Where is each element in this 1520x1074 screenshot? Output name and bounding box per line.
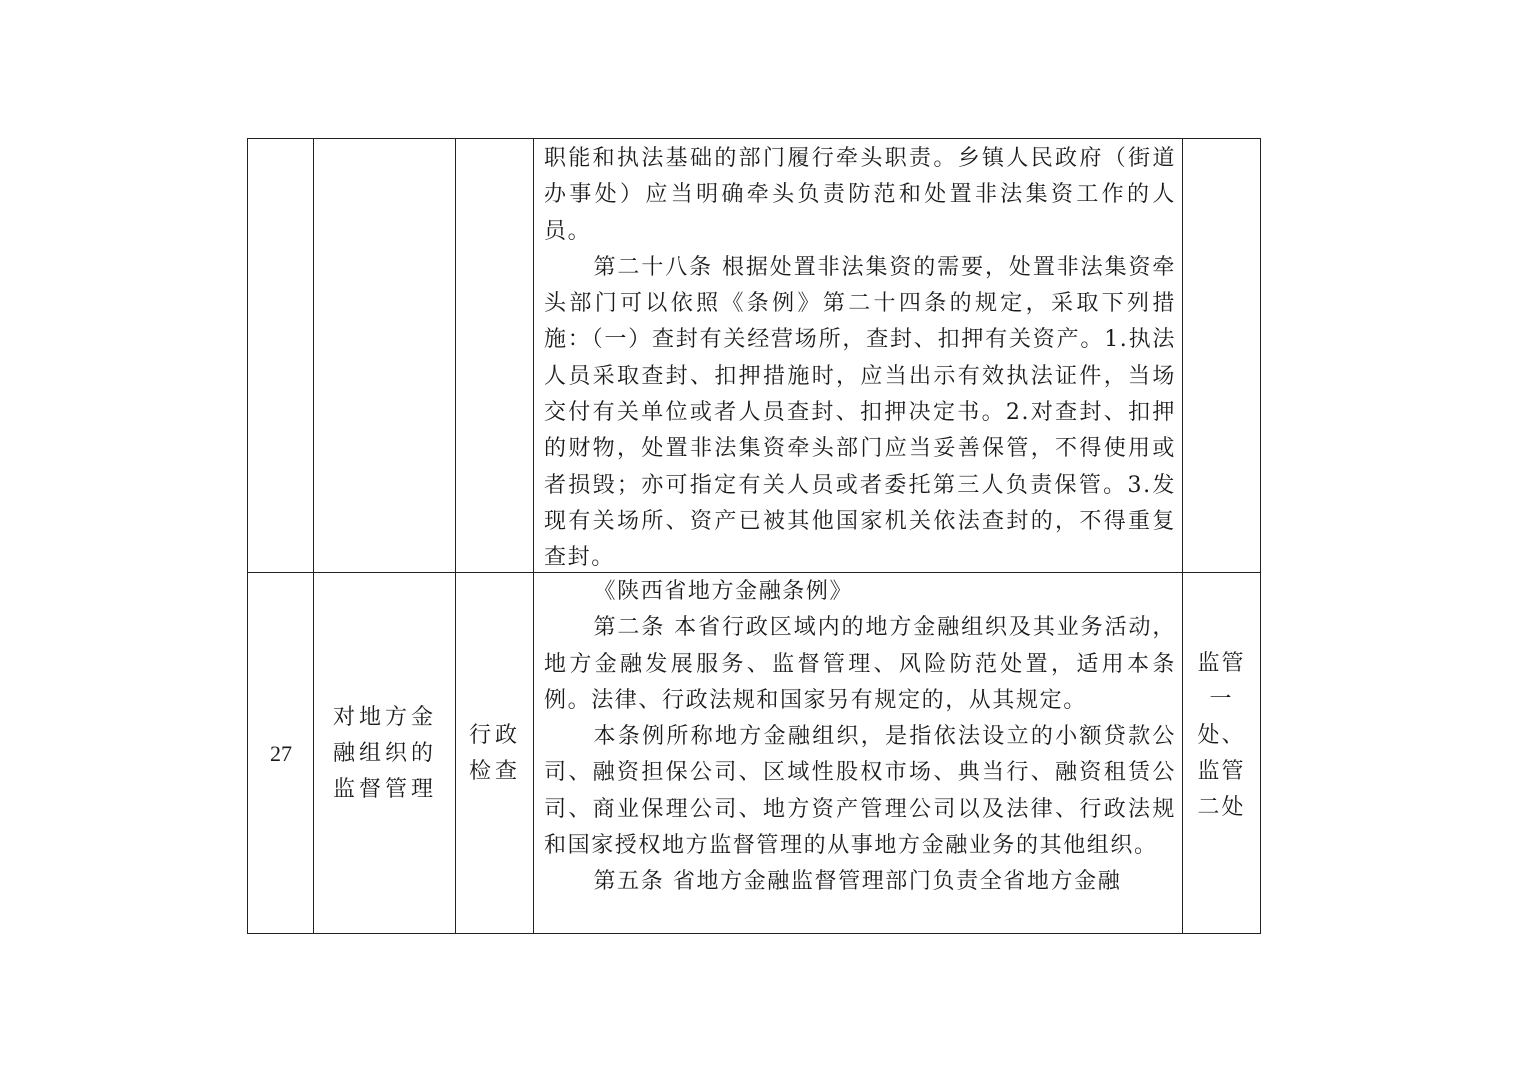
row-number-cell: 27 [248, 574, 314, 933]
item-name-cell: 对地方金 融组织的 监督管理 [314, 574, 456, 933]
content-paragraph: 《陕西省地方金融条例》 [544, 574, 1176, 610]
item-name: 对地方金 融组织的 监督管理 [333, 700, 437, 808]
content-paragraph: 第二十八条 根据处置非法集资的需要，处置非法集资牵头部门可以依照《条例》第二十四… [544, 250, 1176, 577]
type-cell: 行政 检查 [456, 574, 534, 933]
responsible-department: 监管 一 处、 监管 二处 [1197, 646, 1245, 826]
content-paragraph: 职能和执法基础的部门履行牵头职责。乡镇人民政府（街道办事处）应当明确牵头负责防范… [544, 141, 1176, 250]
regulation-table: 职能和执法基础的部门履行牵头职责。乡镇人民政府（街道办事处）应当明确牵头负责防范… [247, 138, 1261, 934]
department-cell: 监管 一 处、 监管 二处 [1183, 574, 1260, 933]
content-paragraph: 本条例所称地方金融组织，是指依法设立的小额贷款公司、融资担保公司、区域性股权市场… [544, 719, 1176, 864]
item-type: 行政 检查 [469, 718, 521, 790]
row-27-content-cell: 《陕西省地方金融条例》 第二条 本省行政区域内的地方金融组织及其业务活动，地方金… [544, 574, 1176, 901]
row-number: 27 [270, 741, 292, 767]
continued-row-content-cell: 职能和执法基础的部门履行牵头职责。乡镇人民政府（街道办事处）应当明确牵头负责防范… [544, 141, 1176, 577]
content-paragraph: 第二条 本省行政区域内的地方金融组织及其业务活动，地方金融发展服务、监督管理、风… [544, 610, 1176, 719]
content-paragraph: 第五条 省地方金融监督管理部门负责全省地方金融 [544, 864, 1176, 900]
